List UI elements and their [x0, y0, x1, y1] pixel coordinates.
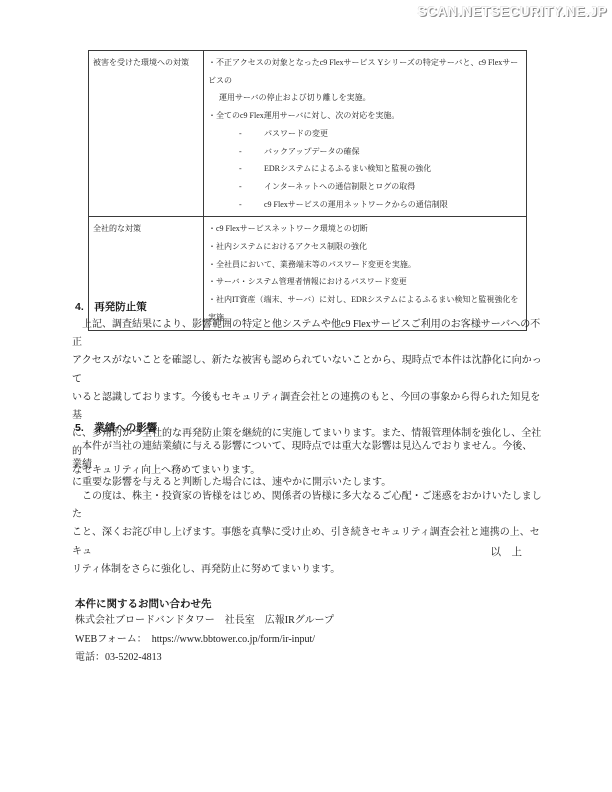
measure-subitem: -バックアップデータの確保: [208, 143, 522, 161]
subitem-text: パスワードの変更: [264, 129, 328, 138]
table-row: 全社的な対策 ・c9 Flexサービスネットワーク環境との切断 ・社内システムに…: [89, 217, 527, 330]
contact-heading: 本件に関するお問い合わせ先: [75, 596, 212, 611]
countermeasures-table: 被害を受けた環境への対策 ・不正アクセスの対象となったc9 Flexサービス Y…: [88, 50, 527, 331]
contact-phone-line: 電話：03-5202-4813: [75, 649, 334, 668]
apology-paragraph: この度は、株主・投資家の皆様をはじめ、関係者の皆様に多大なるご心配・ご迷惑をおか…: [72, 488, 542, 579]
table-row: 被害を受けた環境への対策 ・不正アクセスの対象となったc9 Flexサービス Y…: [89, 51, 527, 217]
section-5-heading: 5. 業績への影響: [75, 420, 157, 435]
subitem-text: インターネットへの通信制限とログの取得: [264, 182, 415, 191]
watermark: SCAN.NETSECURITY.NE.JP: [417, 4, 607, 19]
row-content: ・c9 Flexサービスネットワーク環境との切断 ・社内システムにおけるアクセス…: [204, 217, 527, 330]
dash-marker: -: [239, 178, 264, 196]
paragraph-line: リティ体制をさらに強化し、再発防止に努めてまいります。: [72, 561, 542, 579]
dash-marker: -: [239, 125, 264, 143]
contact-block: 株式会社ブロードバンドタワー 社長室 広報IRグループ WEBフォーム： htt…: [75, 612, 334, 668]
subitem-text: EDRシステムによるふるまい検知と監視の強化: [264, 164, 431, 173]
row-content: ・不正アクセスの対象となったc9 Flexサービス Yシリーズの特定サーバと、c…: [204, 51, 527, 217]
row-header: 被害を受けた環境への対策: [89, 51, 204, 217]
measure-subitem: -EDRシステムによるふるまい検知と監視の強化: [208, 160, 522, 178]
measure-line: ・サーバ・システム管理者情報におけるパスワード変更: [208, 273, 522, 291]
dash-marker: -: [239, 196, 264, 214]
signoff: 以 上: [72, 544, 522, 562]
measure-line: ・全社員において、業務端末等のパスワード変更を実施。: [208, 256, 522, 274]
measure-subitem: -パスワードの変更: [208, 125, 522, 143]
measure-line: 運用サーバの停止および切り離しを実施。: [208, 89, 522, 107]
paragraph-line: 上記、調査結果により、影響範囲の特定と他システムや他c9 Flexサービスご利用…: [72, 316, 542, 352]
section-5-paragraph: 本件が当社の連結業績に与える影響について、現時点では重大な影響は見込んでおりませ…: [72, 438, 542, 493]
document-page: SCAN.NETSECURITY.NE.JP 被害を受けた環境への対策 ・不正ア…: [0, 0, 612, 792]
measure-subitem: -c9 Flexサービスの運用ネットワークからの通信制限: [208, 196, 522, 214]
measure-line: ・社内システムにおけるアクセス制限の強化: [208, 238, 522, 256]
dash-marker: -: [239, 143, 264, 161]
measure-line: ・不正アクセスの対象となったc9 Flexサービス Yシリーズの特定サーバと、c…: [208, 54, 522, 89]
subitem-text: バックアップデータの確保: [264, 147, 359, 156]
section-4-heading: 4. 再発防止策: [75, 299, 147, 314]
contact-company-line: 株式会社ブロードバンドタワー 社長室 広報IRグループ: [75, 612, 334, 631]
paragraph-line: アクセスがないことを確認し、新たな被害も認められていないことから、現時点で本件は…: [72, 352, 542, 388]
measure-line: ・全てのc9 Flex運用サーバに対し、次の対応を実施。: [208, 107, 522, 125]
measure-subitem: -インターネットへの通信制限とログの取得: [208, 178, 522, 196]
dash-marker: -: [239, 160, 264, 178]
paragraph-line: 本件が当社の連結業績に与える影響について、現時点では重大な影響は見込んでおりませ…: [72, 438, 542, 474]
subitem-text: c9 Flexサービスの運用ネットワークからの通信制限: [264, 200, 448, 209]
measure-line: ・c9 Flexサービスネットワーク環境との切断: [208, 220, 522, 238]
contact-webform-line: WEBフォーム： https://www.bbtower.co.jp/form/…: [75, 631, 334, 650]
paragraph-line: この度は、株主・投資家の皆様をはじめ、関係者の皆様に多大なるご心配・ご迷惑をおか…: [72, 488, 542, 524]
